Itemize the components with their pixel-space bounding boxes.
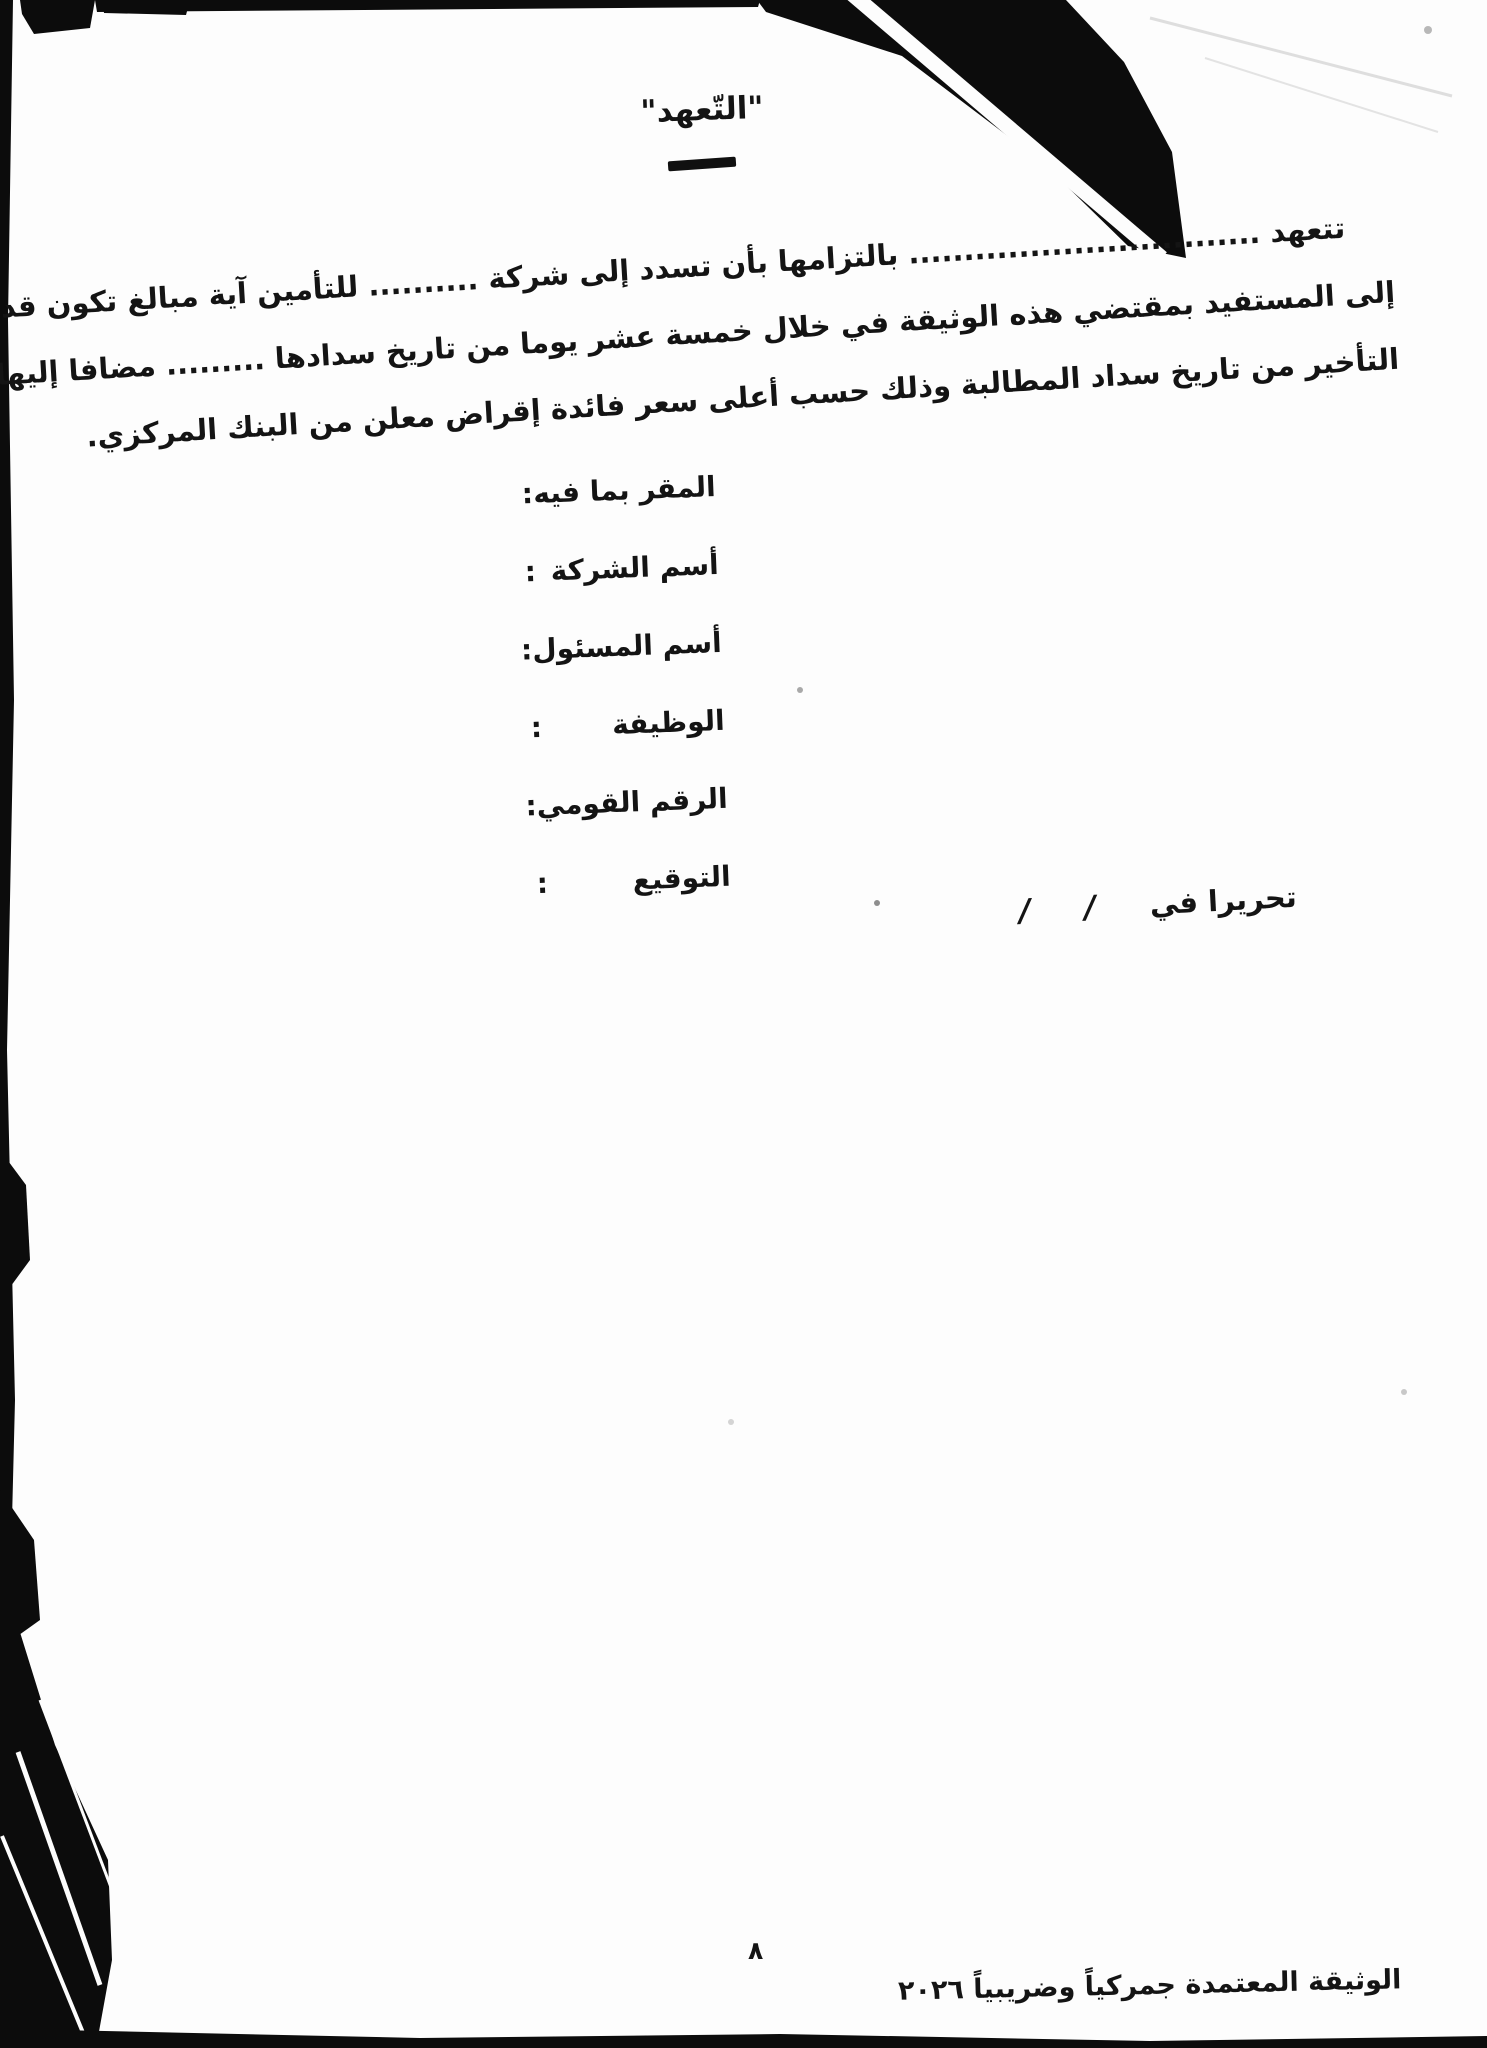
torn-edge-left-bump — [0, 1490, 40, 1640]
scratch-line — [40, 1700, 112, 1890]
scanned-document-page: "التّعهد" تتعهد ........................… — [0, 0, 1487, 2048]
torn-edge-left-bump — [0, 1150, 30, 1290]
field-label: المقر بما فيه — [533, 470, 717, 510]
torn-edge-top-left — [20, 0, 95, 34]
field-colon: : — [528, 711, 542, 744]
scratch-line — [2, 1836, 86, 2040]
field-row-acknowledgement: المقر بما فيه : — [519, 470, 716, 510]
declaration-fields: المقر بما فيه : أسم الشركة : أسم المسئول… — [519, 470, 733, 945]
field-row-signature: التوقيع : — [534, 860, 731, 900]
title-underline — [668, 157, 737, 172]
scan-streak — [1150, 18, 1452, 96]
field-colon: : — [522, 555, 536, 588]
issued-at-label: تحريرا في — [1149, 880, 1298, 922]
scan-speck — [797, 687, 803, 693]
date-slash: / — [1018, 893, 1031, 930]
field-row-national-id: الرقم القومي : — [531, 782, 728, 822]
certification-note: الوثيقة المعتمدة جمركياً وضريبياً ٢٠٢٦ — [897, 1964, 1401, 2006]
document-title: "التّعهد" — [611, 89, 792, 131]
field-colon: : — [519, 477, 533, 510]
scan-streak — [1205, 58, 1438, 132]
field-label: الرقم القومي — [536, 782, 728, 822]
scan-speck — [728, 1419, 734, 1425]
field-colon: : — [534, 867, 548, 900]
field-label: التوقيع — [632, 860, 731, 897]
field-label: الوظيفة — [611, 704, 725, 741]
scan-speck — [874, 900, 880, 906]
field-row-job-title: الوظيفة : — [528, 704, 725, 744]
field-colon: : — [523, 789, 537, 822]
field-colon: : — [518, 633, 532, 666]
page-number: ٨ — [748, 1936, 763, 1965]
torn-edge-bottom — [58, 2030, 1487, 2048]
scan-speck — [1401, 1389, 1407, 1395]
torn-edge-top-strip — [95, 0, 760, 12]
field-label: أسم المسئول — [532, 626, 723, 666]
pledge-paragraph: تتعهد ................................ ب… — [81, 192, 1401, 470]
field-row-responsible-name: أسم المسئول : — [525, 626, 722, 666]
scan-speck — [1424, 26, 1432, 34]
issued-at-line: تحريرا في / / — [1018, 879, 1297, 929]
field-row-company-name: أسم الشركة : — [522, 548, 719, 588]
scratch-line — [18, 1752, 100, 1985]
date-slash: / — [1084, 889, 1097, 926]
field-label: أسم الشركة — [550, 548, 719, 587]
torn-edge-top-left — [102, 0, 190, 15]
